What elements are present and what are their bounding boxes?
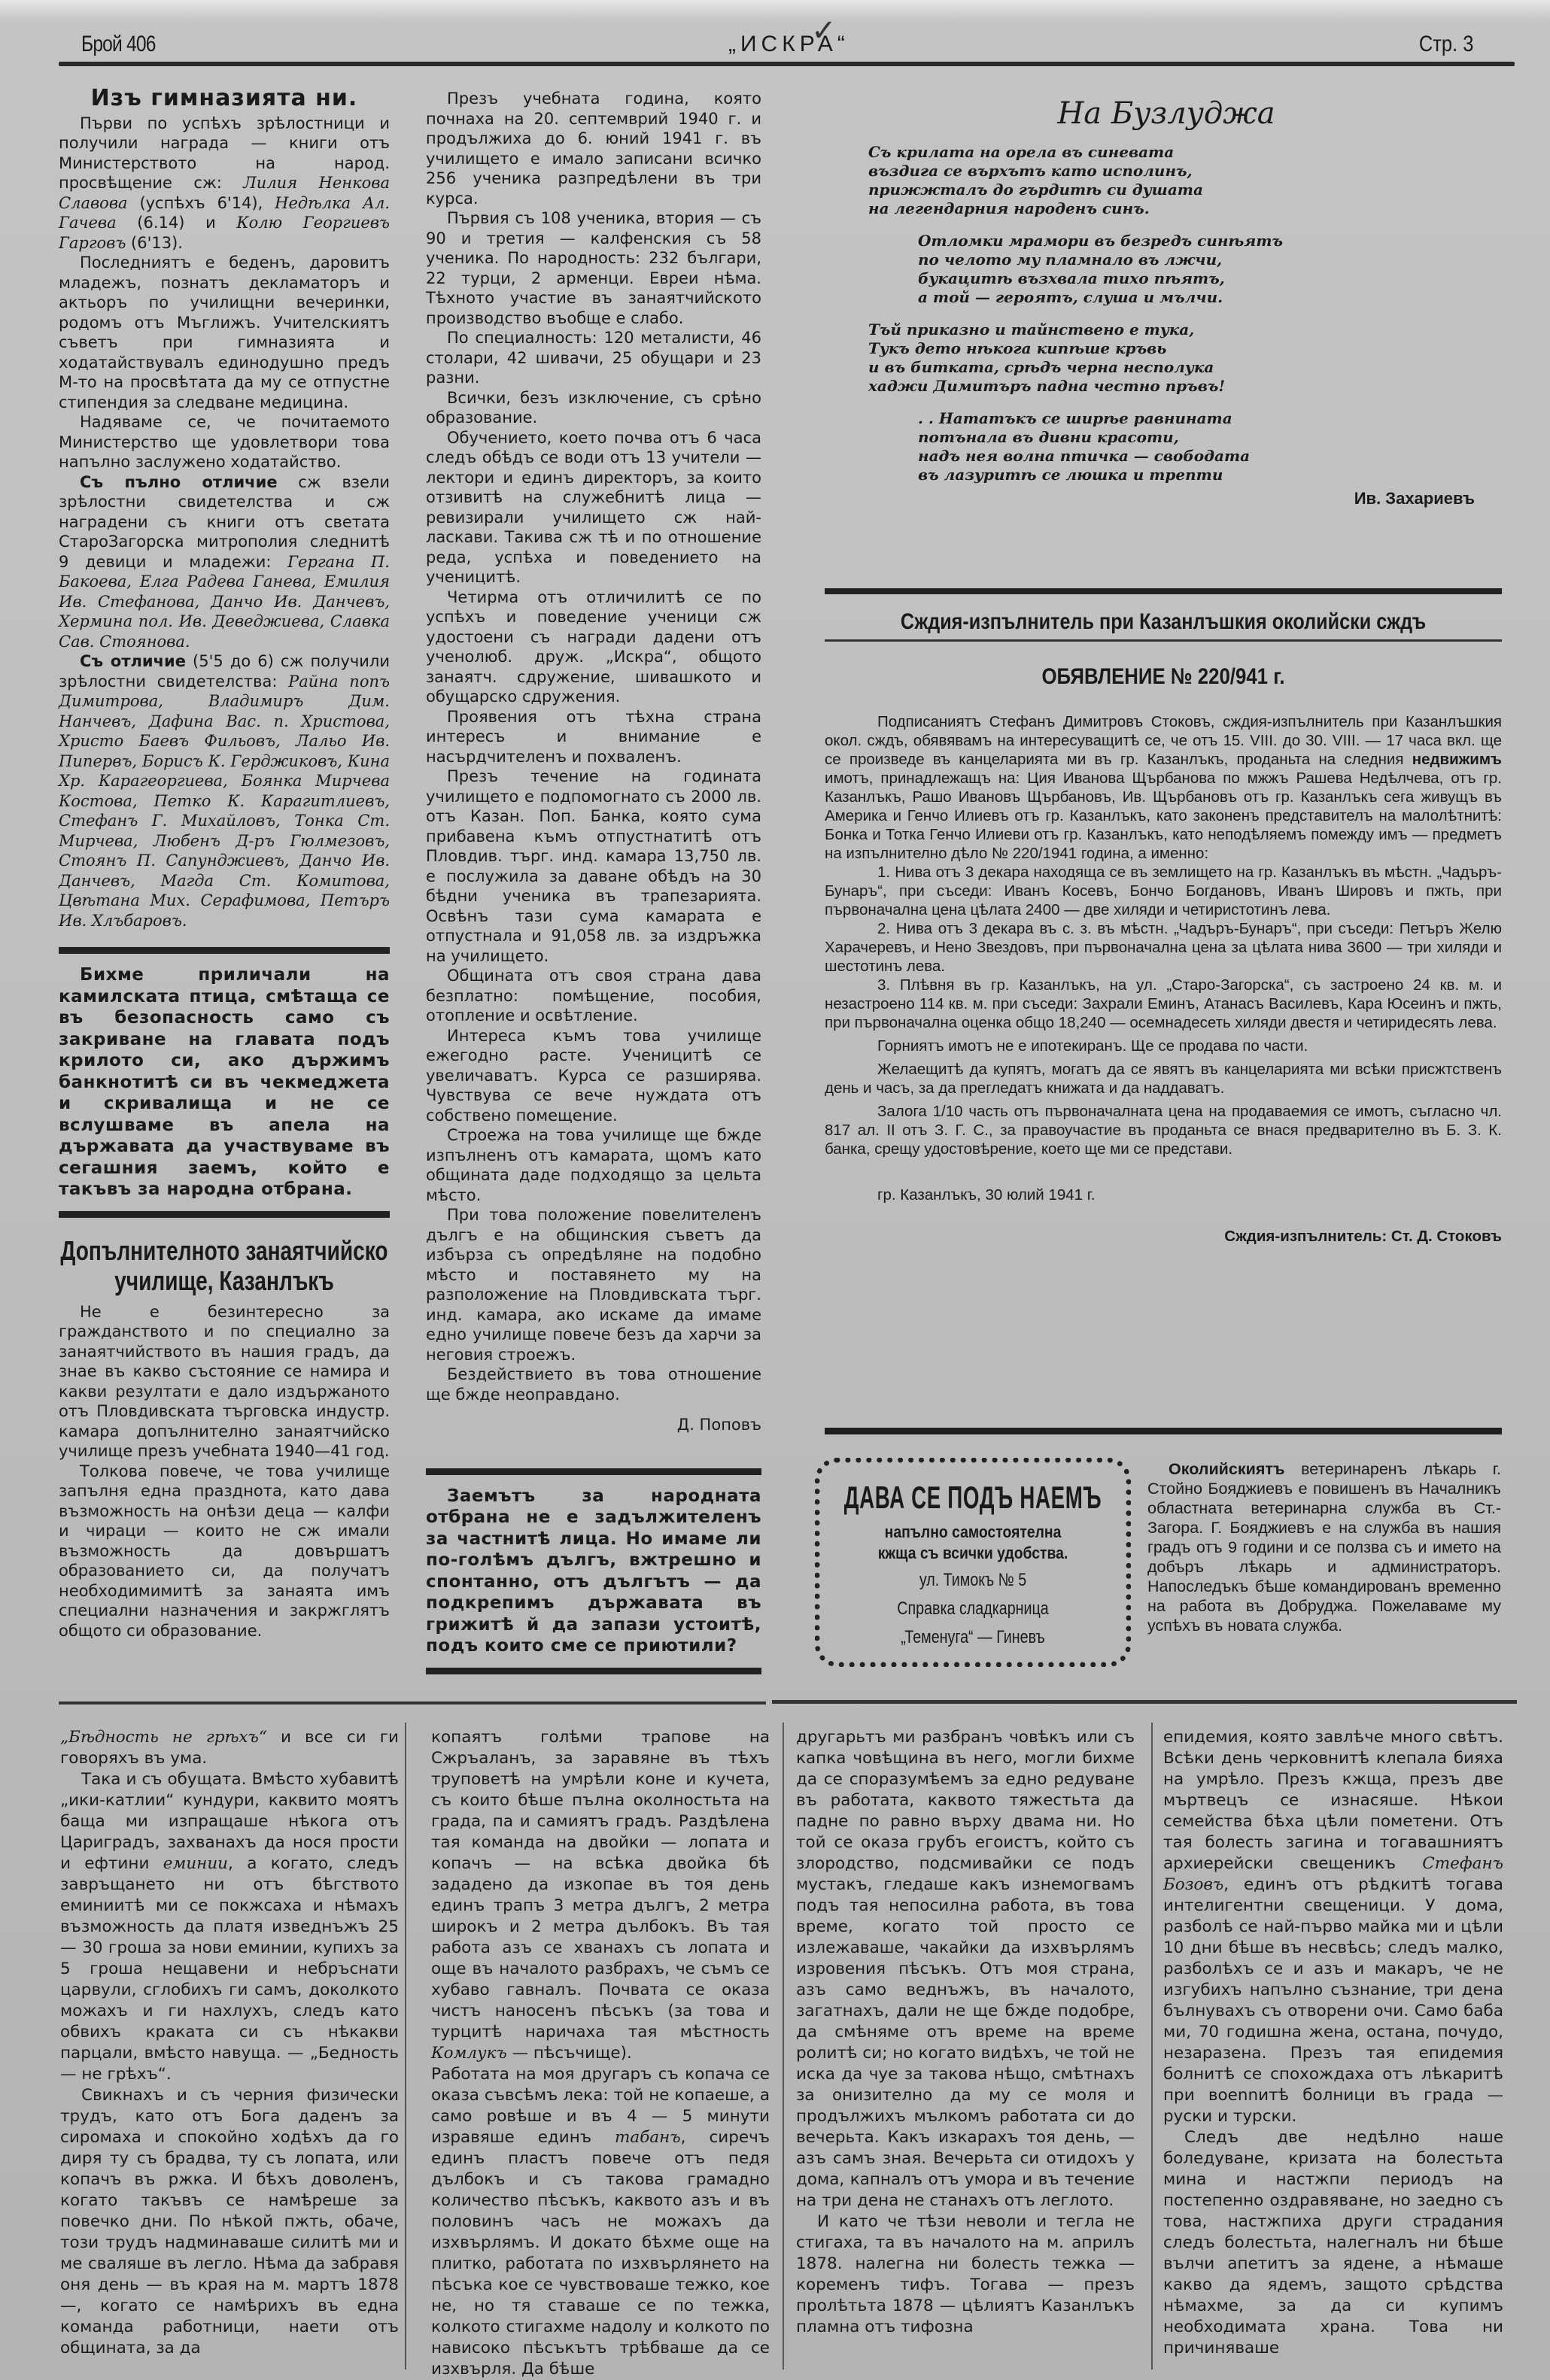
poem-stanza: Отломки мрамори въ безредъ синѣятъпо чел… — [918, 232, 1505, 307]
notice-signer: Сждия-изпълнитель: Ст. Д. Стоковъ — [825, 1227, 1502, 1246]
notice-title: ОБЯВЛЕНИЕ № 220/941 г. — [872, 664, 1454, 690]
notice-item: 2. Нива отъ 3 декара въ с. з. въ мѣстн. … — [825, 919, 1502, 976]
section-divider — [772, 1700, 1517, 1704]
article-author: Д. Поповъ — [426, 1415, 761, 1435]
paragraph: Четирма отъ отличилитѣ се по успѣхъ и по… — [426, 587, 761, 707]
court-heading: Сждия-изпълнитель при Казанлъшкия околий… — [834, 609, 1492, 635]
paragraph: При това положение повелителенъ дългъ е … — [426, 1205, 761, 1365]
poem-title: На Бузлуджа — [828, 96, 1505, 131]
paragraph: Интереса къмъ това училище ежегодно раст… — [426, 1026, 761, 1126]
issue-number: Брой 406 — [81, 32, 156, 57]
paragraph: Презъ учебната година, която почнаха на … — [426, 89, 761, 208]
notice-intro: Подписаниятъ Стефанъ Димитровъ Стоковъ, … — [825, 712, 1502, 863]
section-divider — [825, 588, 1502, 594]
paragraph: Последниятъ е беденъ, даровитъ младежъ, … — [59, 253, 390, 412]
page-number: Стр. 3 — [1418, 32, 1473, 57]
paragraph: Съ отличие (5'5 до 6) сж получили зрѣлос… — [59, 651, 390, 930]
notice-paragraph: Горниятъ имотъ не е ипотекиранъ. Ще се п… — [825, 1037, 1502, 1055]
ad-contact: „Теменуга“ — Гиневъ — [848, 1626, 1099, 1650]
memoir-column-2: копаятъ голѣми трапове на Сжръаланъ, за … — [431, 1727, 770, 2380]
paragraph: Обучението, което почва отъ 6 часа следъ… — [426, 428, 761, 587]
column-rule — [783, 1723, 784, 2369]
court-notice: Сждия-изпълнитель при Казанлъшкия околий… — [825, 609, 1502, 1246]
paragraph: Надяваме се, че почитаемото Министерство… — [59, 412, 390, 472]
paragraph: По специалность: 120 металисти, 46 стола… — [426, 328, 761, 388]
notice-paragraph: Желаещитѣ да купятъ, могатъ да се явятъ … — [825, 1060, 1502, 1097]
section-divider — [59, 947, 390, 954]
ad-address: ул. Тимокъ № 5 — [848, 1568, 1099, 1592]
paragraph: Проявения отъ тѣхна страна интересъ и вн… — [426, 707, 761, 767]
memoir-column-4: епидемия, която завлѣче много свѣтъ. Всѣ… — [1163, 1727, 1503, 2359]
paragraph: Не е безинтересно за гражданството и по … — [59, 1302, 390, 1462]
paper-fold-edge — [0, 0, 1550, 23]
paragraph: Строежа на това училище ще бжде изпълнен… — [426, 1125, 761, 1205]
column-gymnasium: Изъ гимназията ни. Първи по успѣхъ зрѣло… — [59, 89, 390, 1641]
paragraph: Презъ течение на годината училището е по… — [426, 767, 761, 966]
poem-buzludzha: На Бузлуджа Съ крилата на орела въ синев… — [828, 89, 1505, 508]
rental-advertisement: ДАВА СЕ ПОДЪ НАЕМЪ напълно самостоятелна… — [815, 1458, 1131, 1667]
paragraph: Толкова повече, че това училище запълня … — [59, 1462, 390, 1641]
memoir-column-3: другарьтъ ми разбранъ човѣкъ или съ капк… — [796, 1727, 1135, 2338]
paragraph: Всички, безъ изключение, съ срѣно образо… — [426, 388, 761, 428]
column-rule — [405, 1723, 406, 2369]
section-divider — [825, 1428, 1502, 1434]
article-heading-trade-school: Допълнителното занаятчийско училище, Каз… — [60, 1236, 389, 1296]
defense-loan-appeal-2: Заемътъ за народната отбрана не е задълж… — [426, 1486, 761, 1657]
poem-stanza: . . Нататъкъ се ширѣе равнинатапотънала … — [918, 409, 1505, 484]
section-divider — [59, 1211, 390, 1218]
masthead: Брой 406 „ИСКРА“ ✓ Стр. 3 — [59, 27, 1496, 65]
ad-headline: ДАВА СЕ ПОДЪ НАЕМЪ — [832, 1480, 1114, 1516]
column-rule — [1151, 1723, 1153, 2369]
section-divider — [426, 1668, 761, 1674]
paragraph: Съ пълно отличие сж взели зрѣлостни свид… — [59, 472, 390, 652]
defense-loan-appeal: Бихме приличали на камилската птица, смѣ… — [59, 964, 390, 1201]
column-trade-school-continued: Презъ учебната година, която почнаха на … — [426, 89, 761, 1685]
section-divider — [59, 1702, 766, 1705]
notice-paragraph: Залога 1/10 часть отъ първоначалната цен… — [825, 1102, 1502, 1158]
paragraph: Първи по успѣхъ зрѣлостници и получили н… — [59, 114, 390, 253]
paragraph: Общината отъ своя страна дава безплатно:… — [426, 966, 761, 1026]
memoir-column-1: „Бѣдность не грѣхъ“ и все си ги говоряхъ… — [60, 1727, 399, 2359]
article-heading-gymnasium: Изъ гимназията ни. — [59, 89, 390, 109]
vet-news-item: Околийскиятъ ветеринаренъ лѣкарь г. Стой… — [1147, 1459, 1501, 1635]
paragraph: Бездействието въ това отношение ще бжде … — [426, 1365, 761, 1404]
masthead-rule — [59, 62, 1515, 66]
notice-item: 3. Плѣвня въ гр. Казанлъкъ, на ул. „Стар… — [825, 976, 1502, 1032]
notice-item: 1. Нива отъ 3 декара находяща се въ земл… — [825, 863, 1502, 919]
poem-stanza: Съ крилата на орела въ синеватавъздига с… — [868, 143, 1505, 218]
poem-author: Ив. Захариевъ — [828, 489, 1475, 508]
poem-stanza: Тъй приказно и тайнствено е тука,Тукъ де… — [868, 320, 1505, 396]
paragraph: Първия съ 108 ученика, втория — съ 90 и … — [426, 208, 761, 328]
heading-rule — [825, 639, 1502, 642]
pencil-check-mark: ✓ — [811, 14, 837, 48]
notice-place-date: гр. Казанлъкъ, 30 юлий 1941 г. — [825, 1185, 1502, 1204]
section-divider — [426, 1468, 761, 1475]
newspaper-page: Брой 406 „ИСКРА“ ✓ Стр. 3 Изъ гимназията… — [0, 0, 1550, 2380]
